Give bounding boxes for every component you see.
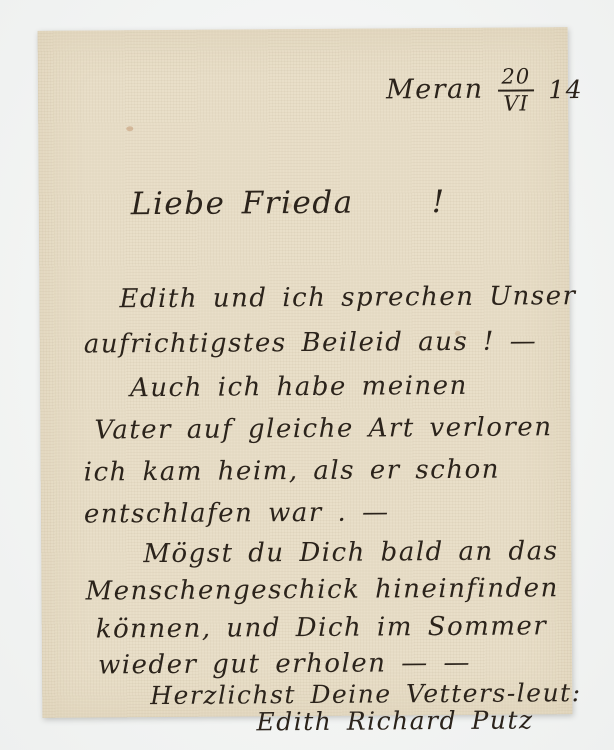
date-line: Meran 20 VI 14	[386, 65, 583, 116]
letter-line: können, und Dich im Sommer	[96, 609, 548, 646]
salutation-mark: !	[432, 184, 446, 220]
date-fraction: 20 VI	[497, 65, 534, 115]
letter-paper: Meran 20 VI 14 Liebe Frieda! Edith und i…	[38, 27, 573, 718]
foxing-spot	[126, 126, 133, 131]
letter-line: Edith und ich sprechen Unser	[119, 279, 576, 316]
letter-line: Vater auf gleiche Art verloren	[94, 410, 552, 447]
date-month-roman: VI	[503, 91, 529, 115]
scan-background: Meran 20 VI 14 Liebe Frieda! Edith und i…	[0, 0, 614, 750]
letter-line: Menschengeschick hineinfinden	[85, 571, 559, 608]
foxing-spot	[287, 203, 292, 208]
letter-line: aufrichtigstes Beileid aus ! —	[84, 324, 538, 361]
letter-line: Auch ich habe meinen	[130, 369, 468, 405]
date-place: Meran	[386, 66, 484, 106]
date-year: 14	[548, 65, 583, 104]
signature: Edith Richard Putz	[256, 703, 533, 739]
foxing-spot	[455, 331, 461, 336]
letter-line: ich kam heim, als er schon	[84, 453, 500, 490]
letter-line: entschlafen war . —	[84, 495, 390, 531]
salutation-text: Liebe Frieda	[131, 185, 354, 223]
date-day: 20	[497, 65, 534, 91]
letter-line: Mögst du Dich bald an das	[143, 534, 558, 571]
foxing-spot	[247, 627, 252, 631]
